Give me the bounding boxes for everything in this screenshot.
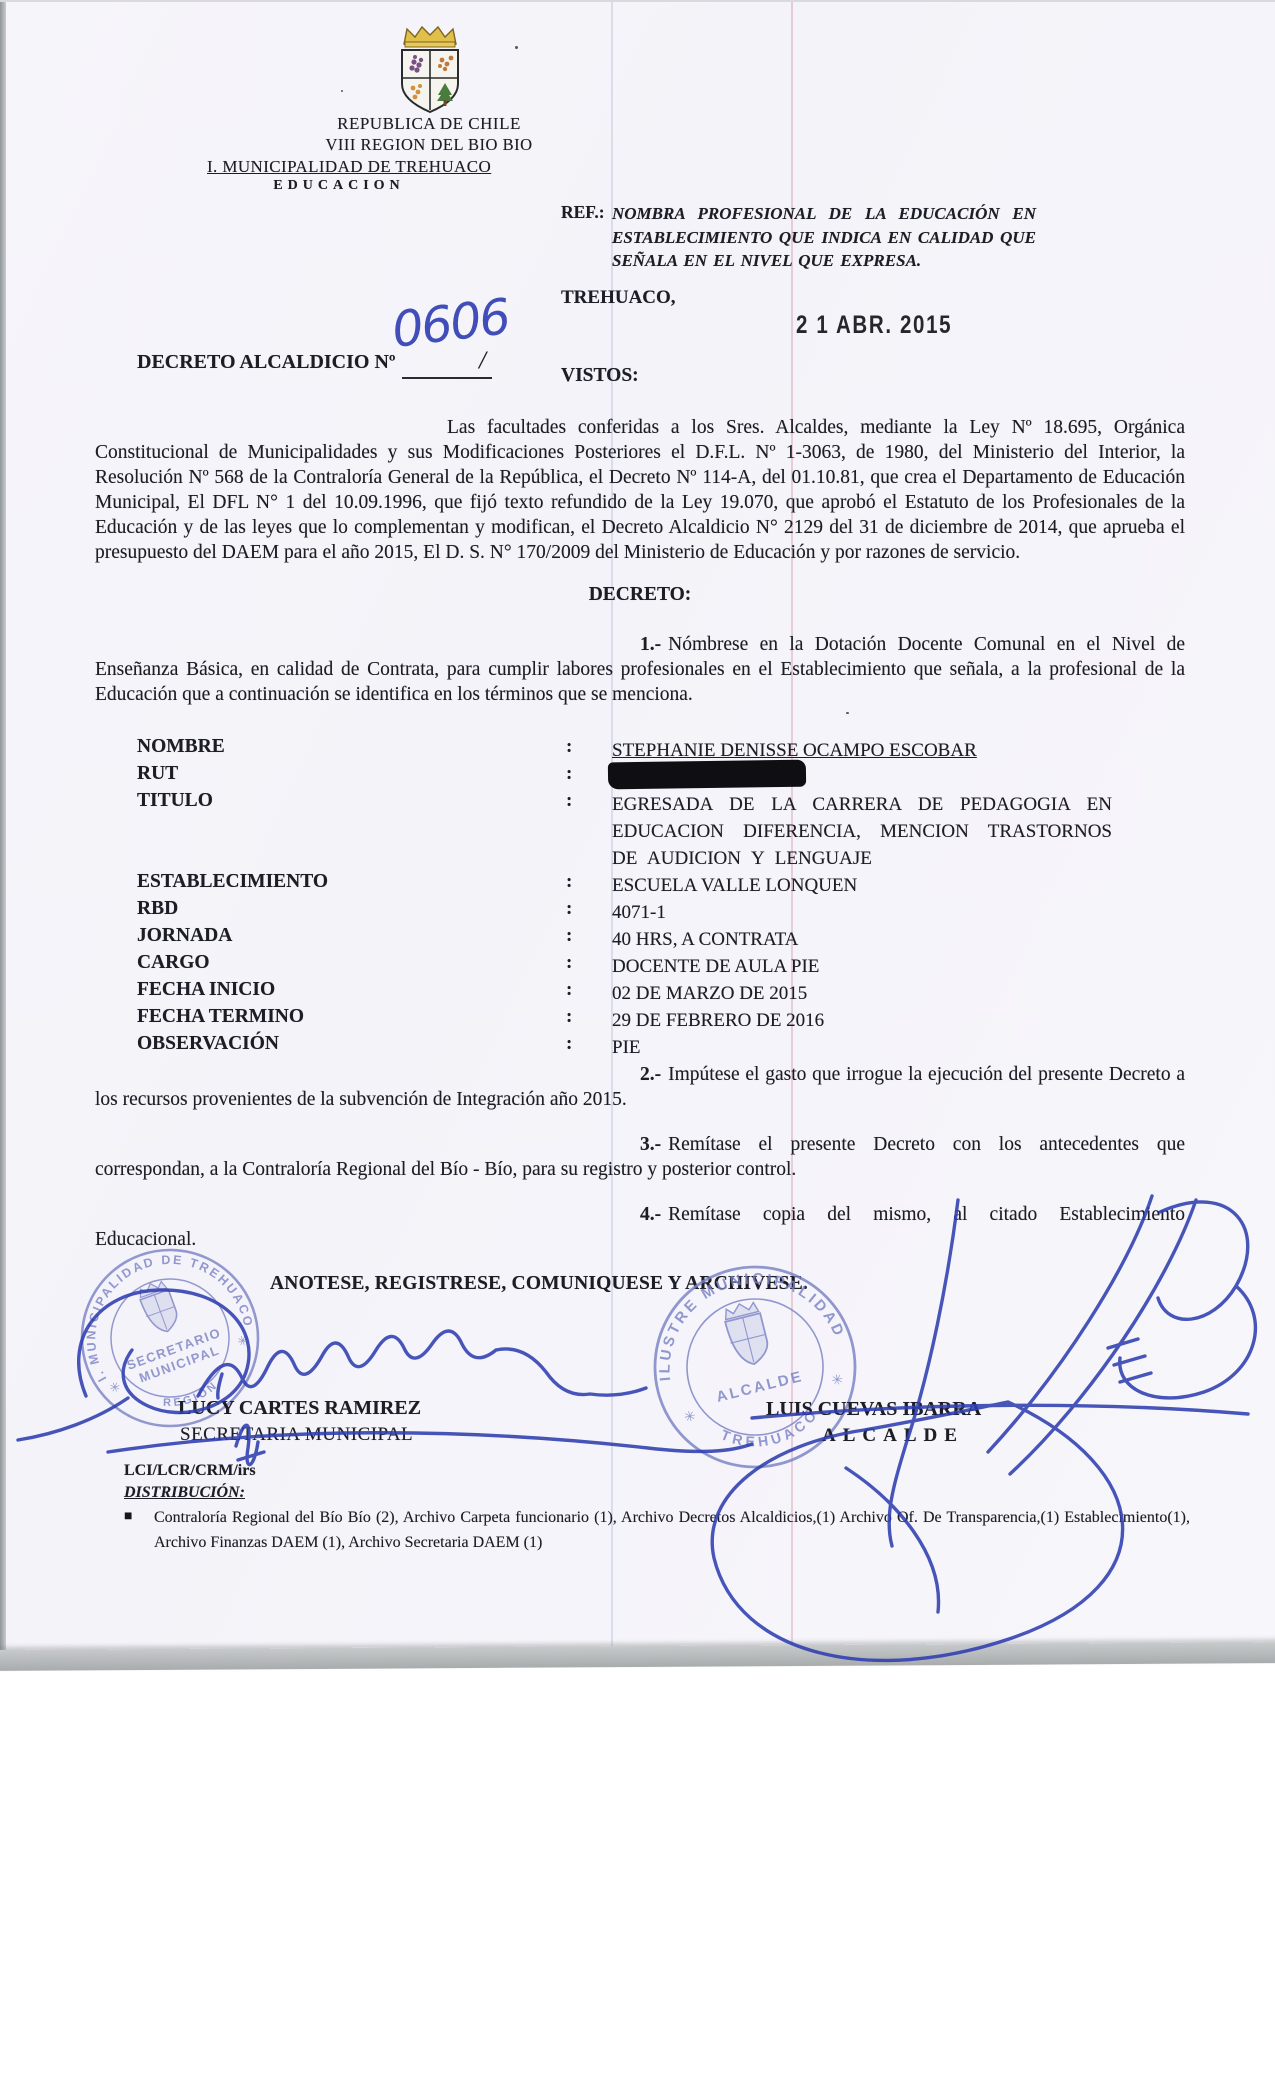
- colon: :: [566, 1033, 572, 1055]
- resolution-2-number: 2.-: [640, 1064, 661, 1085]
- resolution-2: 2.-Impútese el gasto que irrogue la ejec…: [95, 1062, 1185, 1112]
- colon: :: [566, 790, 572, 812]
- field-value-nombre: STEPHANIE DENISSE OCAMPO ESCOBAR: [612, 737, 1112, 764]
- resolution-4: 4.-Remítase copia del mismo, al citado E…: [95, 1202, 1185, 1252]
- date-stamp: 2 1 ABR. 2015: [796, 311, 952, 340]
- field-value-fecha-termino: 29 DE FEBRERO DE 2016: [612, 1007, 1112, 1034]
- decreto-heading: DECRETO:: [95, 584, 1185, 606]
- letterhead-department: EDUCACION: [256, 178, 422, 194]
- field-label-fecha-termino: FECHA TERMINO: [137, 1006, 304, 1028]
- field-label-cargo: CARGO: [137, 952, 210, 974]
- field-label-rut: RUT: [137, 763, 178, 785]
- ref-text: NOMBRA PROFESIONAL DE LA EDUCACIÓN EN ES…: [612, 202, 1036, 273]
- stamp-asterisk-icon: ✳: [830, 1372, 845, 1389]
- resolution-3: 3.-Remítase el presente Decreto con los …: [95, 1132, 1185, 1182]
- decree-number-underline: [402, 377, 492, 379]
- typist-initials: LCI/LCR/CRM/irs: [124, 1462, 256, 1480]
- municipal-coat-of-arms: [392, 20, 468, 116]
- distribution-label: DISTRIBUCIÓN:: [124, 1484, 245, 1502]
- field-value-cargo: DOCENTE DE AULA PIE: [612, 953, 1112, 980]
- resolution-1-number: 1.-: [640, 634, 661, 655]
- resolution-4-number: 4.-: [640, 1204, 661, 1225]
- place-line: TREHUACO,: [561, 287, 676, 309]
- field-value-titulo: EGRESADA DE LA CARRERA DE PEDAGOGIA EN E…: [612, 791, 1112, 872]
- stamp-asterisk-icon: ✳: [683, 1409, 698, 1426]
- signatory-left-title: SECRETARIA MUNICIPAL: [180, 1424, 413, 1446]
- distribution-list: Contraloría Regional del Bío Bío (2), Ar…: [154, 1506, 1190, 1555]
- scan-speck: [341, 90, 343, 92]
- letterhead-municipality: I. MUNICIPALIDAD DE TREHUACO: [207, 157, 491, 177]
- letterhead-country: REPUBLICA DE CHILE: [279, 114, 579, 134]
- rut-redaction-bar: [608, 760, 806, 790]
- field-value-establecimiento: ESCUELA VALLE LONQUEN: [612, 872, 1112, 899]
- scan-edge-top: [0, 0, 1275, 2]
- crown-icon: [404, 27, 456, 44]
- resolution-1: 1.-Nómbrese en la Dotación Docente Comun…: [95, 632, 1185, 707]
- field-value-observacion: PIE: [612, 1034, 1112, 1061]
- vistos-paragraph: Las facultades conferidas a los Sres. Al…: [95, 415, 1185, 565]
- colon: :: [566, 736, 572, 758]
- colon: :: [566, 979, 572, 1001]
- colon: :: [566, 925, 572, 947]
- field-value-jornada: 40 HRS, A CONTRATA: [612, 926, 1112, 953]
- signatory-left-name: LUCY CARTES RAMIREZ: [178, 1397, 421, 1420]
- vistos-heading: VISTOS:: [561, 365, 639, 387]
- resolution-3-number: 3.-: [640, 1134, 661, 1155]
- colon: :: [566, 898, 572, 920]
- field-label-fecha-inicio: FECHA INICIO: [137, 979, 275, 1001]
- stamp-asterisk-icon: ✳: [235, 1332, 250, 1350]
- colon: :: [566, 763, 572, 785]
- colon: :: [566, 952, 572, 974]
- stamp-left-shield-icon: [136, 1278, 182, 1336]
- stamp-right-shield-icon: [722, 1300, 772, 1369]
- decree-number-slash: /: [479, 347, 486, 375]
- field-label-nombre: NOMBRE: [137, 736, 225, 758]
- colon: :: [566, 871, 572, 893]
- scan-edge-left: [0, 0, 6, 1662]
- colon: :: [566, 1006, 572, 1028]
- signatory-right-title: ALCALDE: [822, 1425, 964, 1447]
- field-value-fecha-inicio: 02 DE MARZO DE 2015: [612, 980, 1112, 1007]
- field-label-observacion: OBSERVACIÓN: [137, 1033, 279, 1055]
- scanned-decree-document: REPUBLICA DE CHILE VIII REGION DEL BIO B…: [0, 0, 1275, 2100]
- field-label-jornada: JORNADA: [137, 925, 232, 947]
- decree-number-label: DECRETO ALCALDICIO Nº: [137, 351, 396, 374]
- field-value-rbd: 4071-1: [612, 899, 1112, 926]
- letterhead-region: VIII REGION DEL BIO BIO: [279, 135, 579, 155]
- signatory-right-name: LUIS CUEVAS IBARRA: [766, 1398, 981, 1421]
- field-label-establecimiento: ESTABLECIMIENTO: [137, 871, 328, 893]
- bullet-square-icon: ■: [124, 1509, 132, 1525]
- field-label-rbd: RBD: [137, 898, 178, 920]
- field-label-titulo: TITULO: [137, 790, 213, 812]
- ref-label: REF.:: [561, 202, 605, 223]
- scan-speck: [515, 46, 518, 49]
- scan-speck: [846, 712, 849, 714]
- stamp-asterisk-icon: ✳: [107, 1378, 122, 1396]
